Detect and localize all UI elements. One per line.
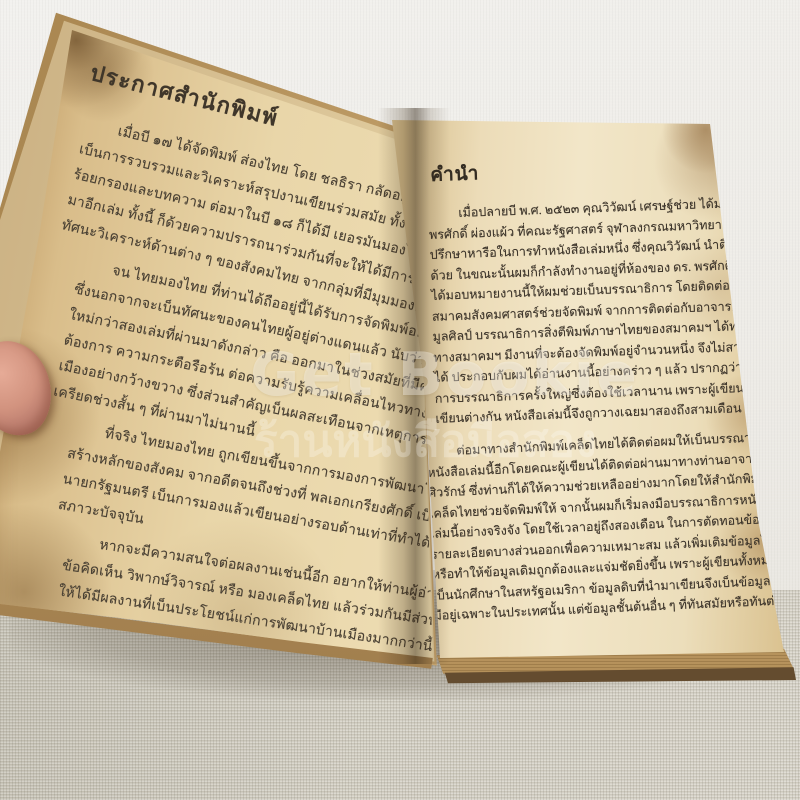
right-paragraph-2: ต่อมาทางสำนักพิมพ์เคล็ดไทยได้ติดต่อผมให้… xyxy=(426,426,796,626)
book-photo-scene: ประกาศสำนักพิมพ์ เมื่อบี ๑๗ ได้จัดพิมพ์ … xyxy=(0,0,800,800)
right-page-text: คำนำ เมื่อปลายบี พ.ศ. ๒๕๒๓ คุณวิวัฒน์ เศ… xyxy=(428,166,728,666)
book-gutter-shadow xyxy=(378,108,450,664)
